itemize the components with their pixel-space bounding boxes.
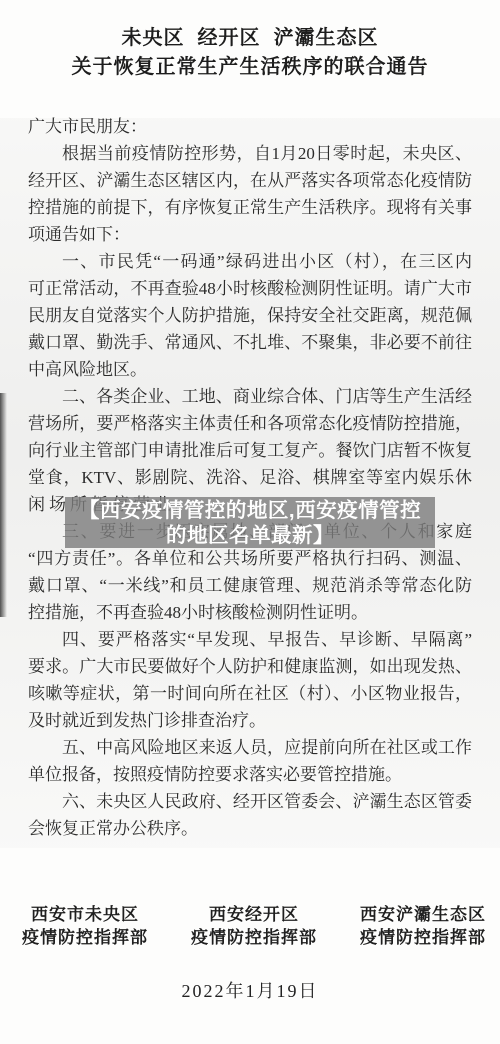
notice-line: 向行业主管部门申请批准后可复工复产。餐饮门店暂不恢复 (28, 437, 472, 464)
notice-line: 堂食，KTV、影剧院、洗浴、足浴、棋牌室等室内娱乐休 (28, 464, 472, 491)
notice-line: 戴口罩、勤洗手、常通风、不扎堆、不聚集，非必要不前往 (28, 329, 472, 356)
signature-org: 西安经开区 (191, 903, 317, 926)
notice-line: 营场所，要严格落实主体责任和各项常态化疫情防控措施， (28, 410, 472, 437)
notice-line: 广大市民朋友： (28, 113, 472, 140)
notice-line: 一、市民凭“一码通”绿码进出小区（村），在三区内 (28, 248, 472, 275)
notice-document: 未央区 经开区 浐灞生态区 关于恢复正常生产生活秩序的联合通告 广大市民朋友： … (0, 0, 500, 1044)
signature-org: 西安市未央区 (22, 903, 148, 926)
signature-block-chanba: 西安浐灞生态区 疫情防控指挥部 (360, 903, 486, 949)
notice-line: 控措施，不再查验48小时核酸检测阴性证明。 (28, 599, 472, 626)
signature-org: 疫情防控指挥部 (22, 926, 148, 949)
notice-line: 二、各类企业、工地、商业综合体、门店等生产生活经 (28, 383, 472, 410)
notice-line: 项通告如下： (28, 221, 472, 248)
notice-line: 可正常活动，不再查验48小时核酸检测阴性证明。请广大市 (28, 275, 472, 302)
notice-line: 戴口罩、“一米线”和员工健康管理、规范消杀等常态化防 (28, 572, 472, 599)
signature-row: 西安市未央区 疫情防控指挥部 西安经开区 疫情防控指挥部 西安浐灞生态区 疫情防… (0, 903, 500, 949)
signature-block-weiyang: 西安市未央区 疫情防控指挥部 (22, 903, 148, 949)
notice-title-line1: 未央区 经开区 浐灞生态区 (0, 24, 500, 53)
signature-org: 疫情防控指挥部 (360, 926, 486, 949)
notice-line: 要求。广大市民要做好个人防护和健康监测，如出现发热、 (28, 653, 472, 680)
notice-line: 会恢复正常办公秩序。 (28, 815, 472, 842)
notice-line: 六、未央区人民政府、经开区管委会、浐灞生态区管委 (28, 788, 472, 815)
notice-line: 五、中高风险地区来返人员，应提前向所在社区或工作 (28, 734, 472, 761)
scan-edge-shadow (0, 393, 7, 617)
signature-org: 疫情防控指挥部 (191, 926, 317, 949)
notice-line: 中高风险地区。 (28, 356, 472, 383)
notice-line: 控措施的前提下，有序恢复正常生产生活秩序。现将有关事 (28, 194, 472, 221)
notice-line: 单位报备，按照疫情防控要求落实必要管控措施。 (28, 761, 472, 788)
notice-body: 广大市民朋友： 根据当前疫情防控形势，自1月20日零时起，未央区、 经开区、浐灞… (28, 113, 472, 842)
seo-caption-overlay: 【西安疫情管控的地区,西安疫情管控 的地区名单最新】 (65, 497, 435, 548)
seo-caption-line2: 的地区名单最新】 (65, 523, 435, 548)
notice-line: 根据当前疫情防控形势，自1月20日零时起，未央区、 (28, 140, 472, 167)
notice-line: 民朋友自觉落实个人防护措施，保持安全社交距离，规范佩 (28, 302, 472, 329)
signature-org: 西安浐灞生态区 (360, 903, 486, 926)
notice-line: 咳嗽等症状，第一时间向所在社区（村）、小区物业报告， (28, 680, 472, 707)
seo-caption-line1: 【西安疫情管控的地区,西安疫情管控 (65, 498, 435, 523)
signature-block-jingkai: 西安经开区 疫情防控指挥部 (191, 903, 317, 949)
notice-date: 2022年1月19日 (0, 977, 500, 1003)
notice-line: 及时就近到发热门诊排查治疗。 (28, 707, 472, 734)
notice-line: “四方责任”。各单位和公共场所要严格执行扫码、测温、 (28, 545, 472, 572)
notice-line: 四、要严格落实“早发现、早报告、早诊断、早隔离” (28, 626, 472, 653)
notice-line: 经开区、浐灞生态区辖区内，在从严落实各项常态化疫情防 (28, 167, 472, 194)
notice-title: 未央区 经开区 浐灞生态区 关于恢复正常生产生活秩序的联合通告 (0, 24, 500, 82)
notice-title-line2: 关于恢复正常生产生活秩序的联合通告 (0, 53, 500, 82)
